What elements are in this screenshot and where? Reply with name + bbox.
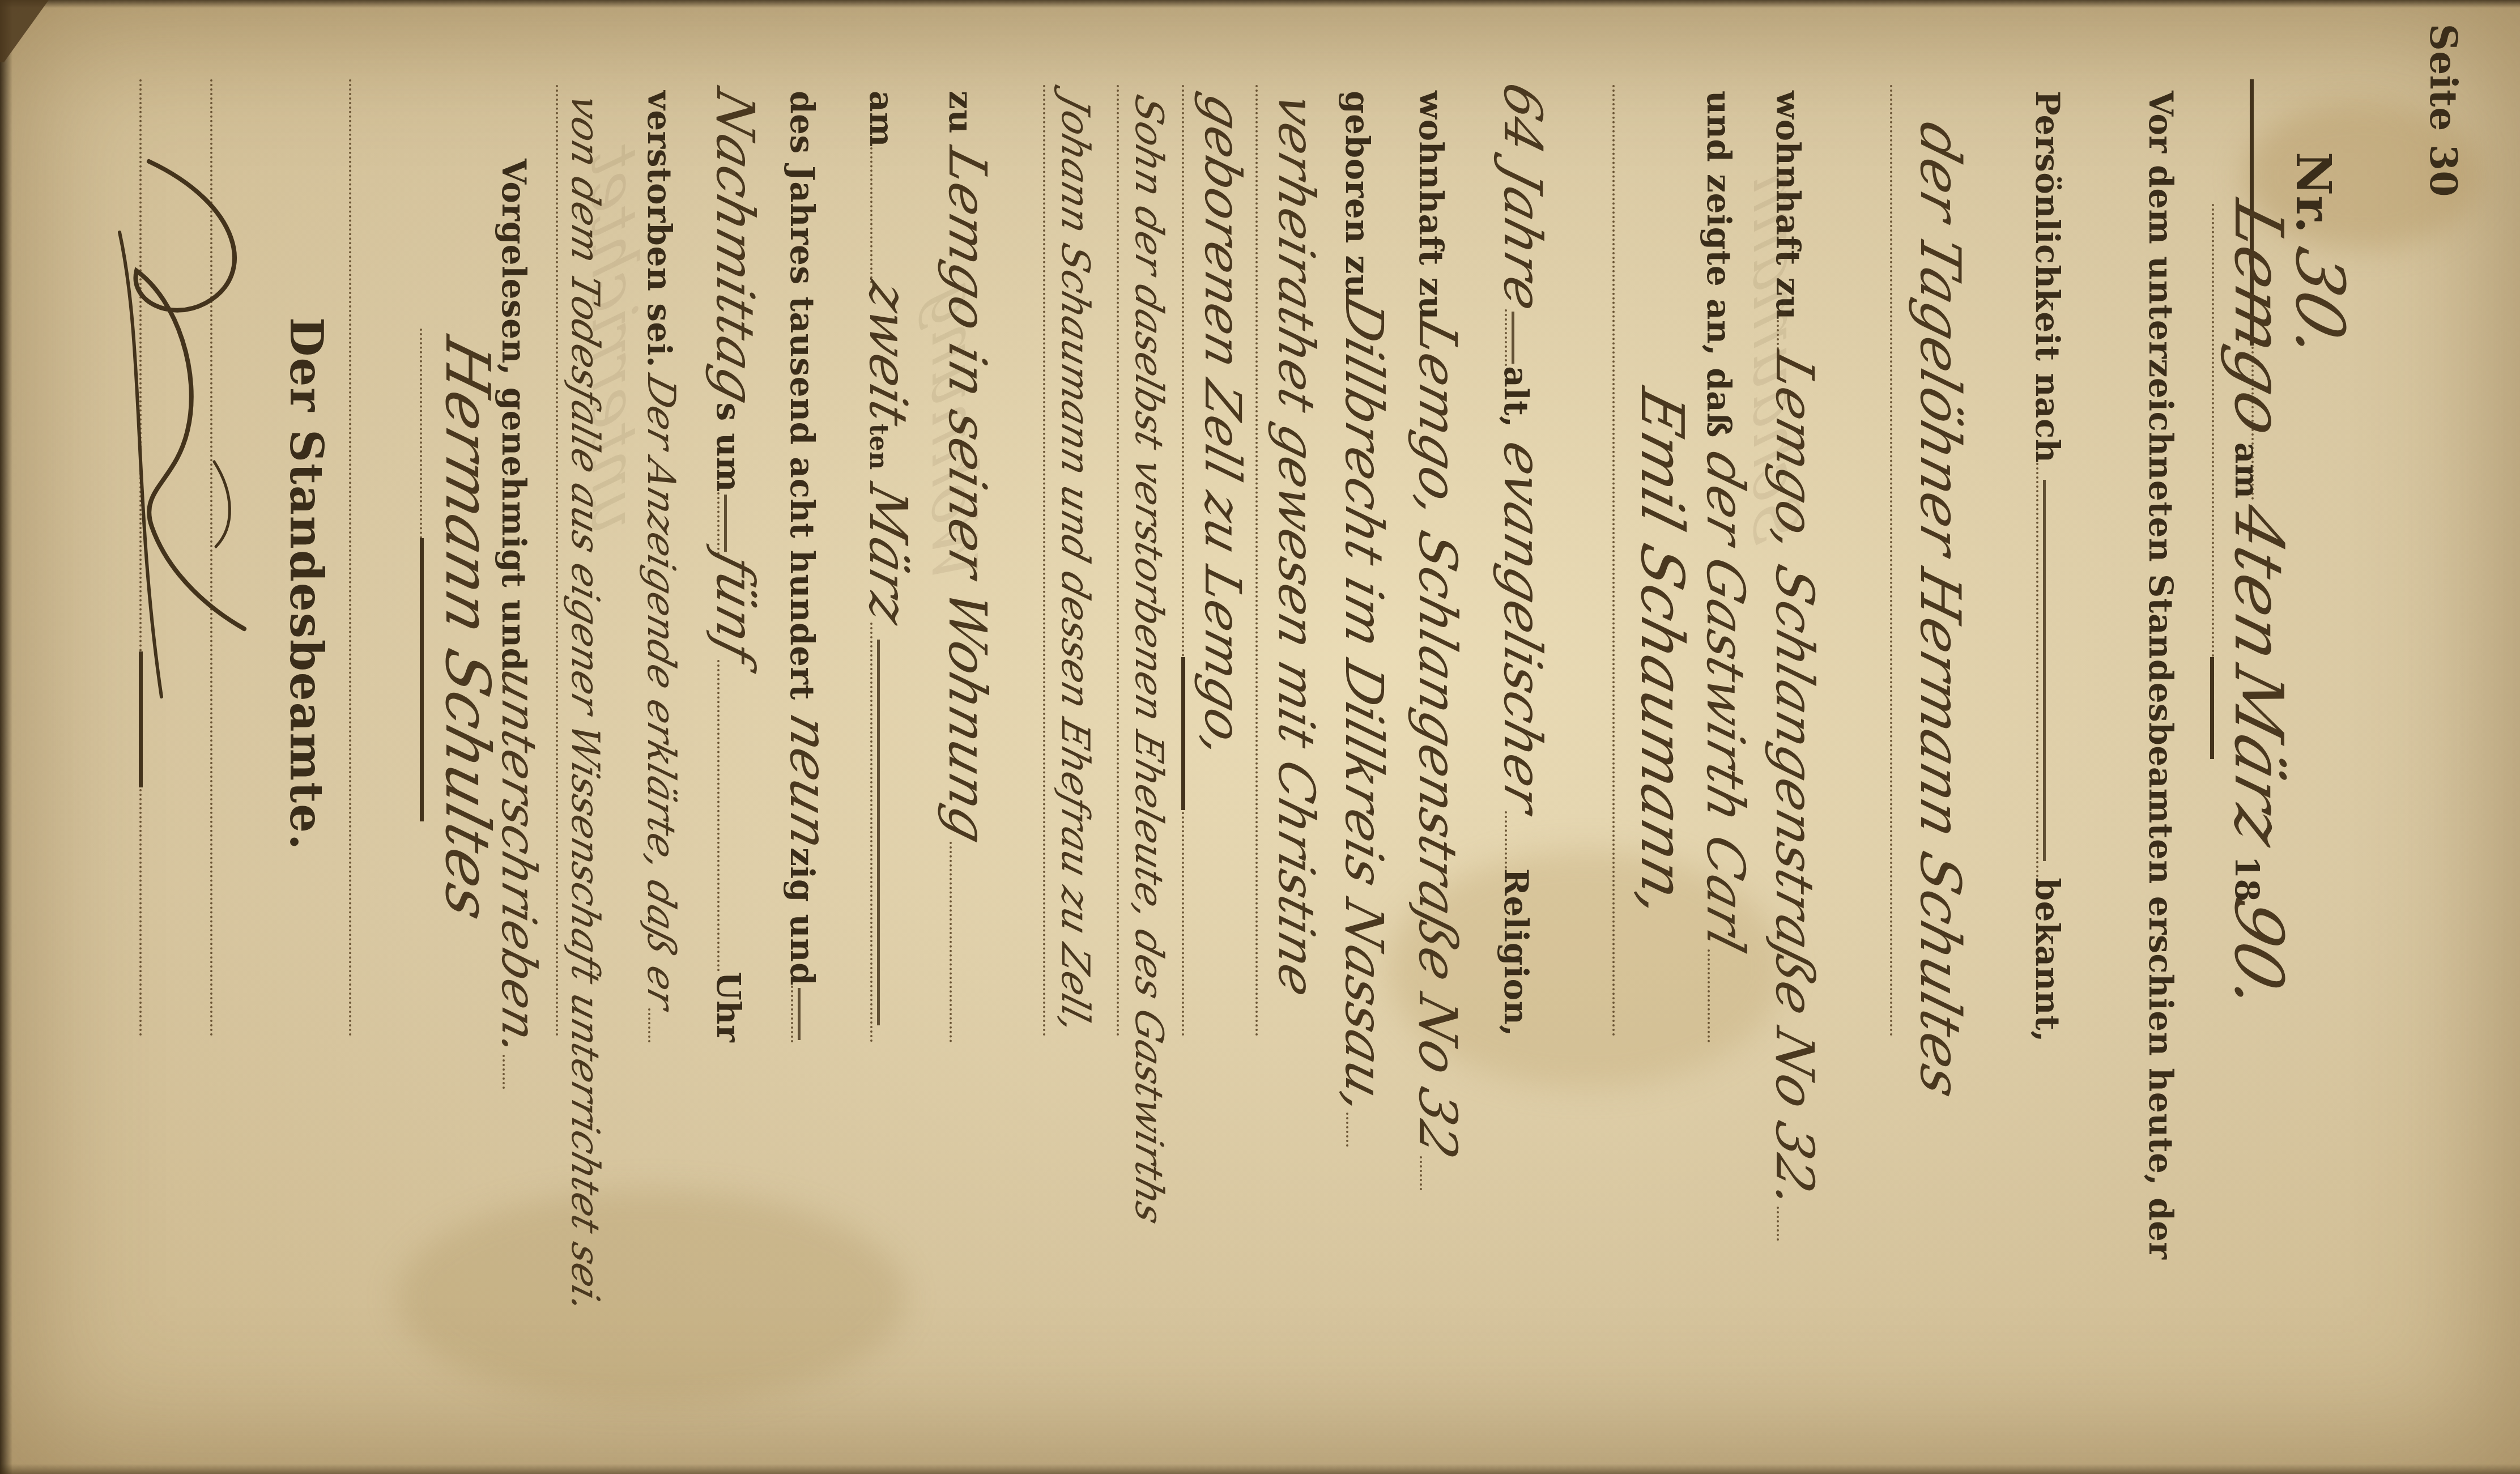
- dateline-end-stroke: [2210, 657, 2214, 759]
- scanned-register-page: Seite 30 Nr. 30. Lemgo am 4ten März 18 9…: [0, 0, 2520, 1474]
- scan-edge-left: [0, 0, 12, 1474]
- age-blank: [1505, 309, 1513, 367]
- informant-signature-stroke: [420, 538, 424, 821]
- parents-entry-1: Sohn der daselbst verstorbenen Eheleute,…: [1131, 91, 1166, 1228]
- religion-entry: evangelischer: [1499, 437, 1546, 818]
- religion-blank: [1505, 811, 1513, 868]
- informant-signature: Hermann Schultes: [440, 332, 495, 926]
- age-entry: 64 Jahre: [1499, 78, 1546, 316]
- intro-line: Vor dem unterzeichneten Standesbeamten e…: [2142, 91, 2180, 1259]
- dateline-place: Lemgo: [2229, 195, 2289, 443]
- time-blank2: [717, 660, 725, 972]
- registrar-title: Der Standesbeamte.: [280, 317, 333, 851]
- scan-edge-top: [0, 0, 2520, 8]
- marriage-entry-1: verheirathet gewesen mit Christine: [1274, 90, 1319, 1002]
- closing-rule: [556, 85, 558, 1037]
- death-month-entry: März: [864, 479, 911, 629]
- death-date-ten-label: ten: [864, 424, 893, 470]
- dateline-month: März: [2229, 661, 2289, 853]
- parents-rule-1: [1117, 85, 1119, 1037]
- registrar-signature: [98, 130, 268, 719]
- informant-rule: [1890, 85, 1892, 1037]
- declaration-blank: [1708, 949, 1716, 1042]
- year-printed-2: zig und: [783, 847, 821, 986]
- marriage-entry-2: geborenen Zell zu Lemgo,: [1201, 90, 1245, 763]
- deceased-residence-line: wohnhaft zu Lemgo, Schlangenstraße No 32: [1412, 91, 1461, 1042]
- residence-blank-tail: [1777, 1207, 1785, 1241]
- hour-entry: fünf: [711, 548, 758, 667]
- death-time-line: Nachmittag s um fünf Uhr: [709, 91, 758, 1042]
- birthplace-entry: Dillbrecht im Dillkreis Nassau,: [1340, 292, 1387, 1119]
- dateline-rule: [2212, 204, 2214, 657]
- uhr-label: Uhr: [709, 972, 748, 1042]
- dateline-am-label: am: [2228, 442, 2266, 499]
- closing-blank: [648, 1008, 656, 1042]
- year-blank: [791, 986, 799, 1042]
- deceased-name-entry: Emil Schaumann,: [1635, 384, 1688, 924]
- ink-bleedthrough: Schaumann: [1739, 160, 1812, 552]
- death-year-line: des Jahres tausend acht hundert neun zig…: [783, 91, 832, 1042]
- dateline: Lemgo am 4ten März 18 90.: [2228, 204, 2289, 787]
- parents-entry-2: Johann Schaumann und dessen Ehefrau zu Z…: [1058, 91, 1092, 1037]
- identity-label-end: bekannt,: [2028, 877, 2067, 1042]
- dateline-year-written: 90.: [2229, 893, 2289, 1017]
- identity-line: Persönlichkeit nach bekannt,: [2028, 91, 2067, 1042]
- marriage-rule-1: [1255, 85, 1258, 1037]
- deceased-residence-blank: [1420, 1156, 1428, 1190]
- identity-label: Persönlichkeit nach: [2028, 91, 2067, 463]
- marriage-rule-2: [1182, 85, 1184, 1037]
- deceased-residence-label: wohnhaft zu: [1412, 91, 1450, 320]
- ink-bleedthrough: unterrichtet: [578, 137, 650, 542]
- time-s-um-label: s um: [709, 402, 748, 492]
- informant-entry: der Tagelöhner Hermann Schultes: [1915, 117, 1965, 1103]
- time-blank1: [717, 492, 725, 555]
- marriage-end-stroke: [1181, 657, 1185, 810]
- page-number: Seite 30: [2421, 24, 2466, 197]
- birthplace-blank: [1346, 1113, 1354, 1147]
- death-register-document: Seite 30 Nr. 30. Lemgo am 4ten März 18 9…: [0, 0, 2520, 1474]
- dateline-day: 4ten: [2229, 498, 2289, 667]
- identity-blank: [2036, 463, 2044, 877]
- daytime-entry: Nachmittag: [711, 84, 758, 409]
- record-number-value: 30.: [2290, 242, 2350, 366]
- death-date-blank1: [870, 147, 878, 283]
- attestation-blank: [503, 1055, 510, 1089]
- age-religion-line: 64 Jahre alt, evangelischer Religion,: [1497, 85, 1546, 1037]
- deceased-name-rule: [1612, 85, 1615, 1037]
- year-entry: neun: [785, 709, 832, 854]
- age-label: alt,: [1497, 366, 1535, 428]
- death-place-label: zu: [942, 91, 980, 134]
- deceased-residence-entry: Lemgo, Schlangenstraße No 32: [1414, 313, 1461, 1163]
- parents-rule-2: [1043, 85, 1045, 1037]
- birthplace-label: geboren zu: [1338, 91, 1377, 299]
- death-date-line: am zweit ten März: [862, 91, 911, 1042]
- declaration-label: und zeigte an, daß: [1700, 91, 1738, 438]
- scan-edge-bottom: [0, 1464, 2520, 1474]
- empty-signature-rule: [349, 79, 351, 1037]
- ink-bleedthrough: Wohnung: [918, 273, 990, 591]
- year-printed-1: des Jahres tausend acht hundert: [783, 91, 821, 700]
- death-date-am-label: am: [862, 91, 901, 147]
- death-day-entry: zweit: [864, 276, 911, 431]
- attestation-entry: unterschrieben.: [497, 665, 540, 1061]
- birthplace-line: geboren zu Dillbrecht im Dillkreis Nassa…: [1338, 91, 1387, 1042]
- death-date-blank2: [870, 623, 878, 1042]
- death-place-blank: [950, 842, 957, 1042]
- religion-label: Religion,: [1497, 868, 1535, 1037]
